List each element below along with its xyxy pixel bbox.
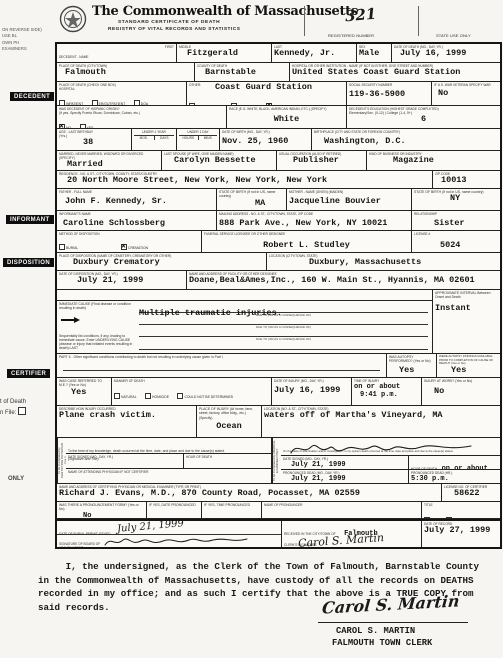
field-value: No — [438, 89, 498, 99]
state-use-only-label: STATE USE ONLY — [436, 34, 471, 39]
field-value: July 21, 1999 — [77, 276, 184, 286]
disposition-location-field: LOCATION (City/Town, State) Duxbury, Mas… — [267, 253, 500, 270]
field-label: NAME OF PRONOUNCER — [264, 503, 419, 507]
how-injury-field: DESCRIBE HOW INJURY OCCURRED Plane crash… — [57, 406, 197, 437]
spouse-field: LAST SPOUSE (If wife, give maiden name) … — [162, 151, 277, 170]
field-label: HOUR OF DEATH — [411, 467, 437, 469]
checkbox-icon — [80, 124, 86, 128]
me-attest: On the basis of examination and/or inves… — [281, 438, 500, 456]
field-value: Yes — [451, 366, 466, 376]
field-label: IF YES, DATE PRONOUNCED — [149, 503, 199, 507]
field-label: MAILING ADDRESS - NO. & ST., CITY/TOWN, … — [219, 212, 409, 216]
attest-text: To the best of my knowledge, death occur… — [68, 449, 225, 453]
received-town-field: RECEIVED IN THE CITY/TOWN OF Falmouth — [282, 521, 421, 533]
field-label: TITLE — [424, 503, 498, 507]
me-date-signed-field: DATE SIGNED (Mo., Day, Yr.) July 21, 199… — [281, 456, 409, 469]
margin-note: EXAMINERS — [2, 46, 42, 52]
me-hour-field: HOUR OF DEATH on or about 9:41 p.m. — [409, 456, 500, 469]
field-value: waters off of Martha's Vineyard, MA — [264, 411, 498, 421]
field-label: IF YES, TIME PRONOUNCED — [204, 503, 259, 507]
checkbox-icon — [424, 517, 430, 518]
field-value: July 21, 1999 — [291, 475, 406, 483]
pronounced-date-field: PRONOUNCED DEAD (Mo., Day, Yr.) July 21,… — [281, 470, 409, 483]
field-label: DATE OF BIRTH (Mo., Day, Yr.) — [222, 130, 309, 134]
registry-subtitle: REGISTRY OF VITAL RECORDS AND STATISTICS — [108, 27, 240, 32]
health-agent-signature — [101, 535, 251, 547]
only-note: ONLY — [8, 476, 24, 482]
cause-line-c — [139, 329, 428, 337]
statement-line: I, the undersigned, as the Clerk of the … — [38, 560, 488, 574]
field-value: 119-36-5900 — [349, 90, 429, 100]
header-divider — [304, 6, 305, 36]
field-value: Coast Guard Station — [215, 83, 312, 93]
field-value: 38 — [83, 138, 129, 148]
medical-examiner-strip: To be Completed by MEDICAL EXAMINER ONLY — [272, 438, 281, 483]
field-value: Carolyn Bessette — [174, 156, 274, 166]
certifier-name-field: NAME AND ADDRESS OF CERTIFYING PHYSICIAN… — [57, 484, 442, 501]
statement-line: in the Commonwealth of Massachusetts, ha… — [38, 574, 488, 588]
checkbox-icon — [231, 103, 237, 105]
certifying-physician-strip: To be Completed by CERTIFYING PHYSICIAN … — [57, 438, 66, 483]
last-name-field: LAST Kennedy, Jr. — [272, 44, 357, 62]
checkbox-checked-icon — [59, 124, 65, 128]
certificate-form: DECEDENT - NAME FIRST John MIDDLE Fitzge… — [55, 42, 502, 549]
pronounced-hour-field: PRONOUNCED DEAD (Hr.) 5:30 p.m. — [409, 470, 500, 483]
hispanic-origin-field: WAS DECEDENT OF HISPANIC ORIGIN? (If yes… — [57, 106, 227, 128]
death-record-file-note: t of Death n File: — [0, 398, 27, 418]
field-label: UNDER 1 DAY — [179, 130, 217, 134]
field-label: PLACE OF INJURY (At home, farm, street, … — [199, 407, 259, 420]
page-title: The Commonwealth of Massachusetts — [92, 4, 358, 19]
field-label: SOCIAL SECURITY NUMBER — [349, 83, 429, 87]
field-value: Instant — [435, 304, 498, 314]
clerk-title: FALMOUTH TOWN CLERK — [332, 637, 432, 649]
residence-field: RESIDENCE - NO. & ST., CITY/TOWN, COUNTY… — [57, 171, 433, 188]
disposition-facility-field: NAME AND ADDRESS OF FACILITY OR OTHER DE… — [187, 271, 500, 289]
field-value: White — [229, 115, 344, 125]
section-label-certifier: CERTIFIER — [7, 369, 50, 378]
disposition-place-field: PLACE OF DISPOSITION (Name of Cemetery, … — [57, 253, 267, 270]
option-label: CREMATION — [128, 246, 148, 250]
file-checkbox-icon — [18, 407, 26, 415]
disposition-method-field: METHOD OF DISPOSITION BURIAL ENTOMBMENT … — [57, 231, 202, 252]
field-value: Caroline Schlossberg — [63, 219, 214, 229]
field-value: 10013 — [441, 176, 498, 186]
field-label: APPROXIMATE INTERVAL Between Onset and D… — [435, 291, 498, 300]
field-value: Duxbury, Massachusetts — [309, 258, 498, 268]
field-label: DAYS — [155, 136, 175, 140]
under-one-year-field: UNDER 1 YEAR MOS. DAYS — [132, 129, 177, 150]
funeral-licensee-field: FUNERAL SERVICE LICENSEE OR OTHER DESIGN… — [202, 231, 412, 252]
disposition-license-field: LICENSE # 5024 — [412, 231, 500, 252]
education-field: DECEDENT'S EDUCATION (Highest Grade Comp… — [347, 106, 500, 128]
physician-attest: To the best of my knowledge, death occur… — [66, 438, 271, 454]
field-label: WERE AUTOPSY FINDINGS AVAILABLE PRIOR TO… — [439, 355, 498, 366]
under-one-day-field: UNDER 1 DAY HOURS MINS — [177, 129, 220, 150]
checkbox-icon — [189, 103, 195, 105]
section-label-decedent: DECEDENT — [10, 92, 54, 101]
checkbox-icon — [145, 393, 151, 399]
option-label: COULD NOT BE DETERMINED — [184, 395, 233, 399]
middle-name-field: MIDDLE Fitzgerald — [177, 44, 272, 62]
field-value: July 16, 1999 — [274, 386, 349, 396]
option-label: YES — [87, 126, 94, 128]
place-of-death-field: PLACE OF DEATH (City/Town) Falmouth — [57, 63, 195, 81]
part2-field: PART II - Other significant conditions c… — [57, 354, 387, 377]
disposition-date-field: DATE OF DISPOSITION (Mo., Day, Yr.) July… — [57, 271, 187, 289]
field-label: BIRTHPLACE (City and State or Foreign Co… — [314, 130, 498, 134]
field-label: UNDER 1 YEAR — [134, 130, 174, 134]
burial-permit-field: DATE OF BURIAL PERMIT ISSUED July 21, 19… — [57, 521, 281, 535]
field-value: Yes — [399, 366, 414, 376]
ssn-field: SOCIAL SECURITY NUMBER 119-36-5900 — [347, 82, 432, 105]
physician-date-signed-field: DATE SIGNED (Mo., Day, Yr.) — [66, 454, 184, 468]
checkbox-checked-icon — [121, 244, 127, 250]
option-label: DOA — [141, 102, 148, 105]
checkbox-icon — [92, 100, 98, 105]
header-divider — [418, 6, 419, 36]
part2-line — [63, 361, 380, 371]
informant-name-field: INFORMANT'S NAME Caroline Schlossberg — [57, 211, 217, 230]
checkbox-icon — [59, 244, 65, 250]
registered-number-handwritten: 321 — [344, 5, 377, 26]
field-sublabel: (If yes, Specify Puerto Rican, Dominican… — [59, 111, 224, 115]
injury-at-work-field: INJURY AT WORK? (Yes or No) No — [422, 378, 500, 405]
field-label: INJURY AT WORK? (Yes or No) — [424, 379, 498, 383]
cause-side-labels: IMMEDIATE CAUSE (Final disease or condit… — [57, 301, 135, 353]
field-value: 5024 — [440, 241, 498, 251]
other-place-checkboxes: Coast Guard Station OTHER: Nursing Home … — [187, 82, 347, 105]
field-label: FUNERAL SERVICE LICENSEE OR OTHER DESIGN… — [204, 232, 409, 236]
checkbox-icon — [134, 100, 140, 105]
father-field: FATHER - FULL NAME John F. Kennedy, Sr. — [57, 189, 217, 210]
clerk-signature-field: CLERK'S SIGNATURE Carol S. Martin — [282, 533, 421, 547]
pronounced-time2-field: IF YES, TIME PRONOUNCED — [202, 502, 262, 518]
checkbox-checked-icon — [266, 103, 272, 105]
checkbox-icon — [114, 393, 120, 399]
field-value: Jacqueline Bouvier — [289, 197, 409, 207]
first-name-field: DECEDENT - NAME FIRST John — [57, 44, 177, 62]
field-value: Duxbury Crematory — [73, 258, 264, 268]
part1-instruction: PART I - Enter the diseases, injuries, o… — [57, 290, 432, 301]
father-state-field: STATE OF BIRTH (If not in US, name count… — [217, 189, 287, 210]
field-value: John F. Kennedy, Sr. — [65, 197, 214, 207]
field-value: Kennedy, Jr. — [274, 49, 354, 59]
field-value: July 21, 1999 — [291, 461, 406, 469]
zip-field: ZIP CODE 10013 — [433, 171, 500, 188]
field-value: Magazine — [393, 156, 498, 166]
veteran-field: IF U.S. WAR VETERAN SPECIFY WAR No — [432, 82, 500, 105]
checkbox-icon — [59, 100, 65, 105]
physician-hour-field: HOUR OF DEATH — [184, 454, 271, 468]
industry-field: KIND OF BUSINESS OR INDUSTRY Magazine — [367, 151, 500, 170]
me-signature — [287, 441, 477, 456]
field-value: United States Coast Guard Station — [292, 68, 498, 78]
interval-field: APPROXIMATE INTERVAL Between Onset and D… — [433, 290, 500, 353]
field-value: Male — [359, 49, 389, 59]
place-of-death-checkboxes: PLACE OF DEATH (Check one box) HOSPITAL:… — [57, 82, 187, 105]
signature-underline — [318, 622, 468, 623]
section-label-disposition: DISPOSITION — [3, 258, 54, 267]
checkbox-icon — [446, 517, 452, 518]
field-value: 58622 — [454, 489, 498, 499]
birthplace-field: BIRTHPLACE (City and State or Foreign Co… — [312, 129, 500, 150]
field-label: IF U.S. WAR VETERAN SPECIFY WAR — [434, 83, 498, 87]
field-value-prefix: on or about — [354, 383, 419, 391]
field-value: 9:41 p.m. — [360, 391, 419, 399]
field-value: July 16, 1999 — [400, 49, 498, 59]
state-seal-icon — [59, 5, 87, 33]
field-label: RELATIONSHIP — [414, 212, 498, 216]
death-record-file-note-line: n File: — [0, 407, 27, 418]
field-value: Doane,Beal&Ames,Inc., 160 W. Main St., H… — [189, 276, 498, 286]
injury-date-field: DATE OF INJURY (Mo., Day, Yr.) July 16, … — [272, 378, 352, 405]
field-label: MOS. — [134, 136, 155, 140]
pronounced-date2-field: IF YES, DATE PRONOUNCED — [147, 502, 202, 518]
pronouncement-form-field: WAS THERE A PRONOUNCEMENT FORM? (Yes or … — [57, 502, 147, 518]
date-of-death-field: DATE OF DEATH (Mo., Day, Yr.) July 16, 1… — [392, 44, 500, 62]
pronouncer-name-field: NAME OF PRONOUNCER — [262, 502, 422, 518]
date-of-record-field: DATE OF RECORD July 27, 1999 — [422, 521, 500, 547]
field-label: HOUR OF DEATH — [186, 455, 269, 459]
checkbox-icon — [177, 393, 183, 399]
field-value: Sister — [434, 219, 498, 229]
mother-field: MOTHER - NAME (GIVEN) (MAIDEN) Jacquelin… — [287, 189, 412, 210]
section-label-informant: INFORMANT — [6, 215, 54, 224]
mother-state-field: STATE OF BIRTH (If not in US, name count… — [412, 189, 500, 210]
option-label: Inpatient — [66, 102, 83, 105]
injury-location-field: LOCATION (No. & St., City/Town, State) w… — [262, 406, 500, 437]
pronouncer-title-field: TITLE R.N. P.A. — [422, 502, 500, 518]
field-label: RACE (e.g. White, Black, American Indian… — [229, 107, 344, 111]
field-label: MINS — [199, 136, 218, 140]
field-label: DECEDENT - NAME — [59, 55, 89, 59]
field-value: 6 — [349, 115, 498, 125]
field-label: MOTHER - NAME (GIVEN) (MAIDEN) — [289, 190, 409, 194]
field-label: FATHER - FULL NAME — [59, 190, 214, 194]
option-label: NO — [66, 126, 71, 128]
field-value: July 27, 1999 — [424, 526, 498, 536]
option-label: BURIAL — [66, 246, 78, 250]
field-label: FIRST — [165, 45, 174, 49]
field-label: LICENSE # — [414, 232, 498, 236]
death-certificate-page: ON REVERSE SIDE) USE BL OWN PH EXAMINERS… — [0, 0, 503, 658]
field-value: Barnstable — [205, 68, 287, 78]
county-of-death-field: COUNTY OF DEATH Barnstable — [195, 63, 290, 81]
field-value: MA — [255, 199, 284, 209]
manner-of-death-field: MANNER OF DEATH NATURAL HOMICIDE COULD N… — [112, 378, 272, 405]
informant-address-field: MAILING ADDRESS - NO. & ST., CITY/TOWN, … — [217, 211, 412, 230]
injury-time-field: TIME OF INJURY on or about 9:41 p.m. — [352, 378, 422, 405]
field-value: 888 Park Ave., New York, NY 10021 — [219, 219, 409, 229]
burial-permit-date-handwritten: July 21, 1999 — [117, 521, 185, 535]
field-value: Richard J. Evans, M.D., 870 County Road,… — [59, 489, 439, 499]
certifier-license-field: LICENSE NO. OF CERTIFIER 58622 — [442, 484, 500, 501]
field-label: STATE OF BIRTH (If not in US, name count… — [219, 190, 284, 199]
field-value: 20 North Moore Street, New York, New Yor… — [67, 176, 430, 186]
field-value: No — [434, 387, 498, 397]
field-value: NY — [450, 194, 498, 204]
autopsy-field: WAS AUTOPSY PERFORMED? (Yes or No) Yes — [387, 354, 437, 377]
cause-line-b — [139, 317, 428, 325]
case-referred-field: WAS CASE REFERRED TO M.E.? (Yes or No) Y… — [57, 378, 112, 405]
immediate-cause-label: IMMEDIATE CAUSE (Final disease or condit… — [59, 302, 133, 311]
sex-field: SEX Male — [357, 44, 392, 62]
field-value: Ocean — [199, 422, 259, 432]
option-label: NATURAL — [121, 395, 137, 399]
field-label: WAS AUTOPSY PERFORMED? (Yes or No) — [389, 355, 434, 364]
field-value: Nov. 25, 1960 — [222, 137, 309, 147]
health-agent-signature-field: SIGNATURE OF BOARD OF HEALTH AGENT — [57, 535, 281, 547]
field-value: Plane crash victim. — [59, 411, 194, 421]
cause-line-d — [139, 342, 428, 350]
field-label: WAS THERE A PRONOUNCEMENT FORM? (Yes or … — [59, 503, 144, 512]
marital-status-field: MARRIED, NEVER MARRIED, WIDOWED OR DIVOR… — [57, 151, 162, 170]
field-label: HOSPITAL: — [59, 87, 184, 91]
arrow-icon — [61, 312, 133, 330]
field-label: NAME OF ATTENDING PHYSICIAN IF NOT CERTI… — [68, 470, 269, 474]
cause-line-a: Multiple traumatic injuries. — [139, 302, 428, 313]
field-label: MANNER OF DEATH — [114, 379, 269, 383]
age-field: AGE - Last Birthday (Yrs.) 38 — [57, 129, 132, 150]
field-value: Falmouth — [65, 68, 192, 78]
certificate-subtitle: STANDARD CERTIFICATE OF DEATH — [118, 20, 220, 25]
field-value: 5:30 p.m. — [411, 475, 498, 483]
option-label: HOMICIDE — [152, 395, 169, 399]
race-field: RACE (e.g. White, Black, American Indian… — [227, 106, 347, 128]
field-label: HOURS — [179, 136, 199, 140]
informant-relationship-field: RELATIONSHIP Sister — [412, 211, 500, 230]
field-label: INFORMANT'S NAME — [59, 212, 214, 216]
hospital-field: HOSPITAL OR OTHER INSTITUTION - Name (If… — [290, 63, 500, 81]
field-label: SIGNATURE OF BOARD OF HEALTH AGENT — [59, 542, 101, 547]
field-label: DATE SIGNED (Mo., Day, Yr.) — [68, 455, 181, 459]
margin-notes: ON REVERSE SIDE) USE BL OWN PH EXAMINERS — [2, 27, 42, 52]
clerk-signature-handwritten: Carol S. Martin — [298, 531, 385, 547]
field-value: Fitzgerald — [187, 49, 269, 59]
field-value: Publisher — [293, 156, 364, 166]
field-value-prefix: on or about — [442, 465, 488, 469]
attending-physician-field: NAME OF ATTENDING PHYSICIAN IF NOT CERTI… — [66, 469, 271, 483]
sequential-note: Sequentially list conditions, if any, le… — [59, 334, 133, 351]
field-value: Washington, D.C. — [324, 137, 498, 147]
autopsy-findings-field: WERE AUTOPSY FINDINGS AVAILABLE PRIOR TO… — [437, 354, 500, 377]
option-label: ER/Outpatient — [99, 102, 126, 105]
injury-place-field: PLACE OF INJURY (At home, farm, street, … — [197, 406, 262, 437]
death-record-file-note-line: t of Death — [0, 398, 27, 407]
occupation-field: USUAL OCCUPATION (Also if Retired) Publi… — [277, 151, 367, 170]
registered-number-label: REGISTERED NUMBER — [328, 34, 374, 39]
date-of-birth-field: DATE OF BIRTH (Mo., Day, Yr.) Nov. 25, 1… — [220, 129, 312, 150]
field-value: Robert L. Studley — [204, 241, 409, 251]
field-value: Yes — [71, 388, 109, 398]
field-value: Married — [67, 160, 159, 170]
field-value: No — [83, 512, 144, 519]
field-label: DATE OF INJURY (Mo., Day, Yr.) — [274, 379, 349, 383]
field-label: PART II - Other significant conditions c… — [59, 355, 384, 359]
clerk-name: CAROL S. MARTIN — [336, 625, 415, 637]
